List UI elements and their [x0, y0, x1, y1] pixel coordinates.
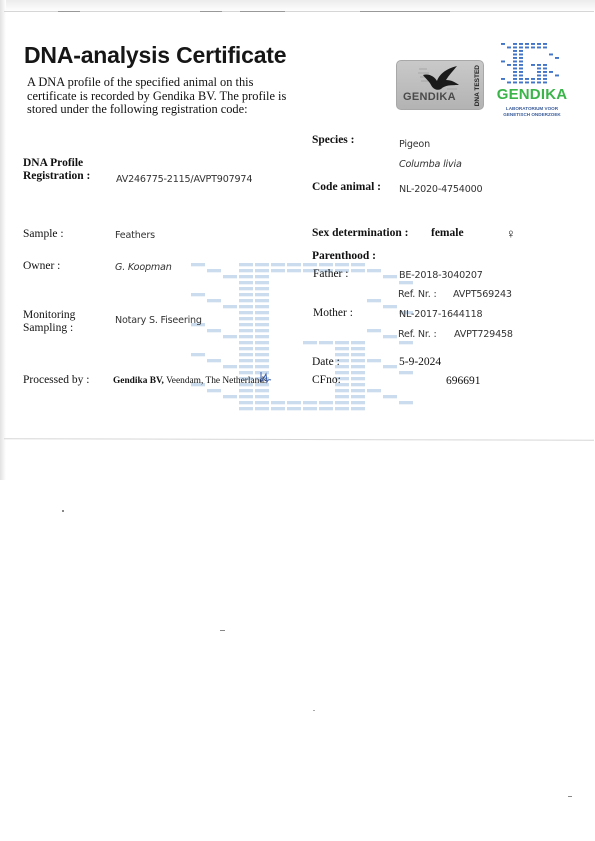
certificate-intro: A DNA profile of the specified animal on… — [27, 76, 287, 117]
edge-mark — [200, 11, 222, 12]
sample-label: Sample : — [23, 228, 64, 241]
date-label: Date : — [312, 356, 340, 369]
signature-mark — [258, 370, 272, 384]
scan-speck — [568, 796, 572, 797]
code-animal-label: Code animal : — [312, 181, 381, 194]
date-value: 5-9-2024 — [399, 356, 441, 368]
father-ref-value: AVPT569243 — [453, 289, 512, 300]
processed-by-value: Gendika BV, Veendam, The Netherlands — [113, 376, 268, 386]
code-animal-value: NL-2020-4754000 — [399, 184, 482, 195]
mother-value: NL-2017-1644118 — [399, 309, 482, 320]
registration-label-line-2: Registration : — [23, 170, 90, 183]
dna-tested-stamp: GENDIKA DNA TESTED — [396, 60, 484, 110]
species-label: Species : — [312, 134, 354, 147]
registration-label-line-1: DNA Profile — [23, 157, 83, 170]
mother-label: Mother : — [313, 307, 353, 320]
scan-shadow-left — [0, 0, 6, 480]
certificate-title: DNA-analysis Certificate — [24, 42, 286, 69]
page-edge-bottom — [4, 438, 594, 441]
mother-ref-label: Ref. Nr. : — [398, 329, 437, 340]
cfno-label: CFno: — [312, 374, 341, 387]
sex-value: female — [431, 227, 464, 240]
logo-name: GENDIKA — [494, 86, 570, 103]
monitoring-label-line-2: Sampling : — [23, 322, 73, 335]
processed-by-location: Veendam, The Netherlands — [166, 376, 268, 386]
gendika-logo: GENDIKA LABORATORIUM VOOR GENETISCH ONDE… — [492, 40, 572, 125]
gendika-g-logo-icon — [500, 42, 562, 84]
bird-icon — [415, 63, 465, 93]
monitoring-label-line-1: Monitoring — [23, 309, 75, 322]
species-common-value: Pigeon — [399, 139, 430, 150]
edge-mark — [240, 11, 285, 12]
scan-speck — [313, 710, 315, 711]
processed-by-company: Gendika BV, — [113, 376, 164, 386]
scan-speck — [220, 630, 225, 631]
processed-by-label: Processed by : — [23, 374, 89, 387]
mother-ref-value: AVPT729458 — [454, 329, 513, 340]
cfno-value: 696691 — [446, 375, 481, 387]
edge-mark — [360, 11, 450, 12]
gendika-watermark-icon — [190, 262, 420, 412]
logo-subtitle: LABORATORIUM VOOR GENETISCH ONDERZOEK — [492, 106, 572, 118]
father-value: BE-2018-3040207 — [399, 270, 483, 281]
edge-mark — [58, 11, 80, 12]
female-symbol-icon: ♀ — [506, 226, 516, 242]
owner-label: Owner : — [23, 260, 60, 273]
scan-speck — [62, 510, 64, 512]
parenthood-label: Parenthood : — [312, 250, 376, 263]
registration-value: AV246775-2115/AVPT907974 — [116, 174, 252, 185]
stamp-vertical-text: DNA TESTED — [474, 65, 481, 106]
sex-determination-label: Sex determination : — [312, 227, 408, 240]
stamp-brand: GENDIKA — [403, 91, 456, 103]
monitoring-value: Notary S. Fiseering — [115, 315, 202, 326]
owner-value: G. Koopman — [115, 262, 172, 273]
species-latin-value: Columba livia — [399, 159, 462, 170]
father-ref-label: Ref. Nr. : — [398, 289, 437, 300]
father-label: Father : — [313, 268, 348, 281]
page-edge-top — [4, 11, 594, 12]
sample-value: Feathers — [115, 230, 155, 241]
logo-subtitle-line-2: GENETISCH ONDERZOEK — [492, 112, 572, 118]
